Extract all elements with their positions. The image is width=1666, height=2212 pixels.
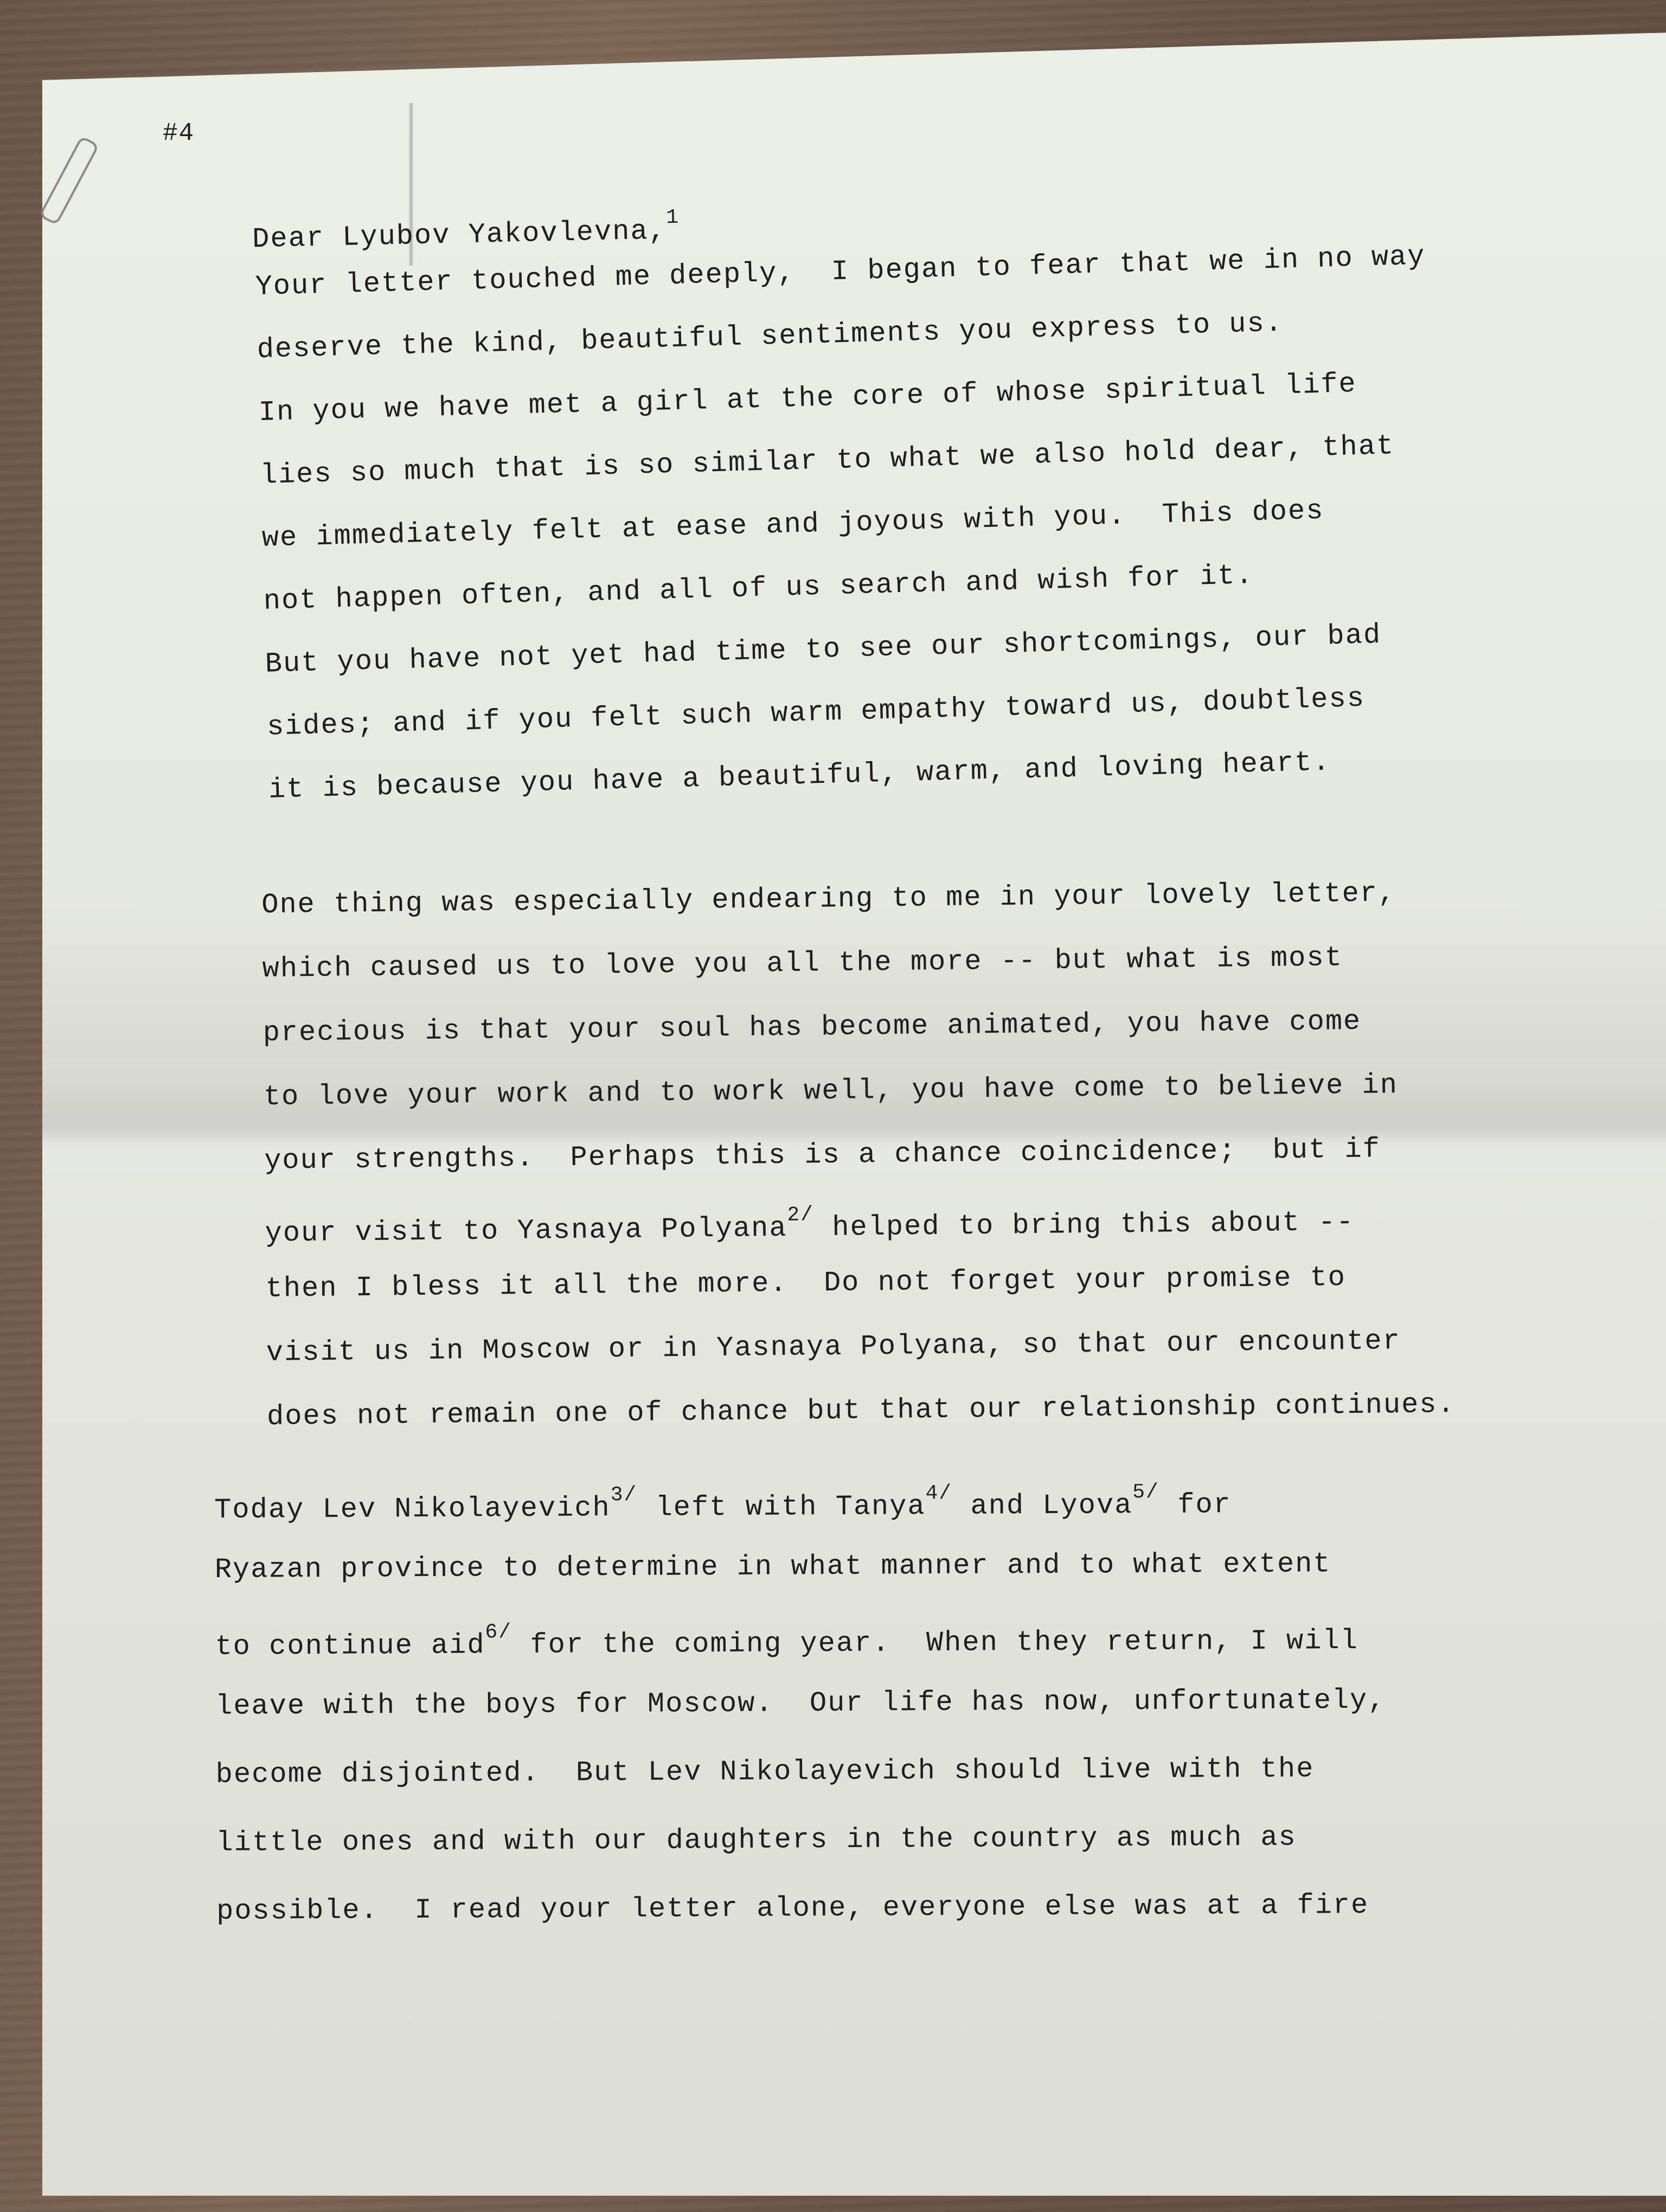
footnote-marker: 3/: [611, 1483, 638, 1507]
text-line: your visit to Yasnaya Polyana2/ helped t…: [265, 1197, 1454, 1273]
text-line: become disjointed. But Lev Nikolayevich …: [216, 1753, 1387, 1827]
text-line: possible. I read your letter alone, ever…: [216, 1889, 1387, 1964]
text-line: leave with the boys for Moscow. Our life…: [215, 1684, 1386, 1759]
paragraph-1: Your letter touched me deeply, I began t…: [255, 241, 1440, 837]
text-line: precious is that your soul has become an…: [262, 1005, 1452, 1081]
text-line: little ones and with our daughters in th…: [216, 1821, 1387, 1895]
footnote-marker: 4/: [925, 1482, 952, 1505]
text-line: Ryazan province to determine in what man…: [215, 1548, 1386, 1622]
text-segment: left with Tanya: [637, 1490, 926, 1524]
text-segment: helped to bring this about --: [814, 1206, 1355, 1244]
page-number: #4: [163, 119, 195, 147]
text-line: which caused us to love you all the more…: [262, 941, 1451, 1017]
text-segment: to continue aid: [215, 1629, 485, 1663]
text-line: to continue aid6/ for the coming year. W…: [215, 1616, 1386, 1690]
text-segment: for the coming year. When they return, I…: [512, 1625, 1359, 1661]
text-line: then I bless it all the more. Do not for…: [265, 1261, 1454, 1337]
text-line: Today Lev Nikolayevich3/ left with Tanya…: [214, 1480, 1385, 1554]
paragraph-3: Today Lev Nikolayevich3/ left with Tanya…: [214, 1480, 1387, 1964]
text-segment: and Lyova: [952, 1489, 1132, 1522]
text-line: visit us in Moscow or in Yasnaya Polyana…: [266, 1324, 1456, 1401]
text-segment: Today Lev Nikolayevich: [214, 1492, 611, 1526]
text-line: One thing was especially endearing to me…: [261, 877, 1451, 953]
text-segment: your visit to Yasnaya Polyana: [265, 1212, 787, 1250]
text-line: does not remain one of chance but that o…: [267, 1388, 1456, 1465]
footnote-marker: 2/: [787, 1203, 814, 1227]
text-segment: for: [1159, 1489, 1232, 1521]
paragraph-2: One thing was especially endearing to me…: [261, 877, 1456, 1465]
footnote-marker: 6/: [485, 1621, 512, 1644]
footnote-marker: 1: [666, 206, 680, 230]
text-line: your strengths. Perhaps this is a chance…: [264, 1133, 1453, 1209]
text-line: to love your work and to work well, you …: [264, 1069, 1453, 1145]
footnote-marker: 5/: [1132, 1481, 1159, 1504]
